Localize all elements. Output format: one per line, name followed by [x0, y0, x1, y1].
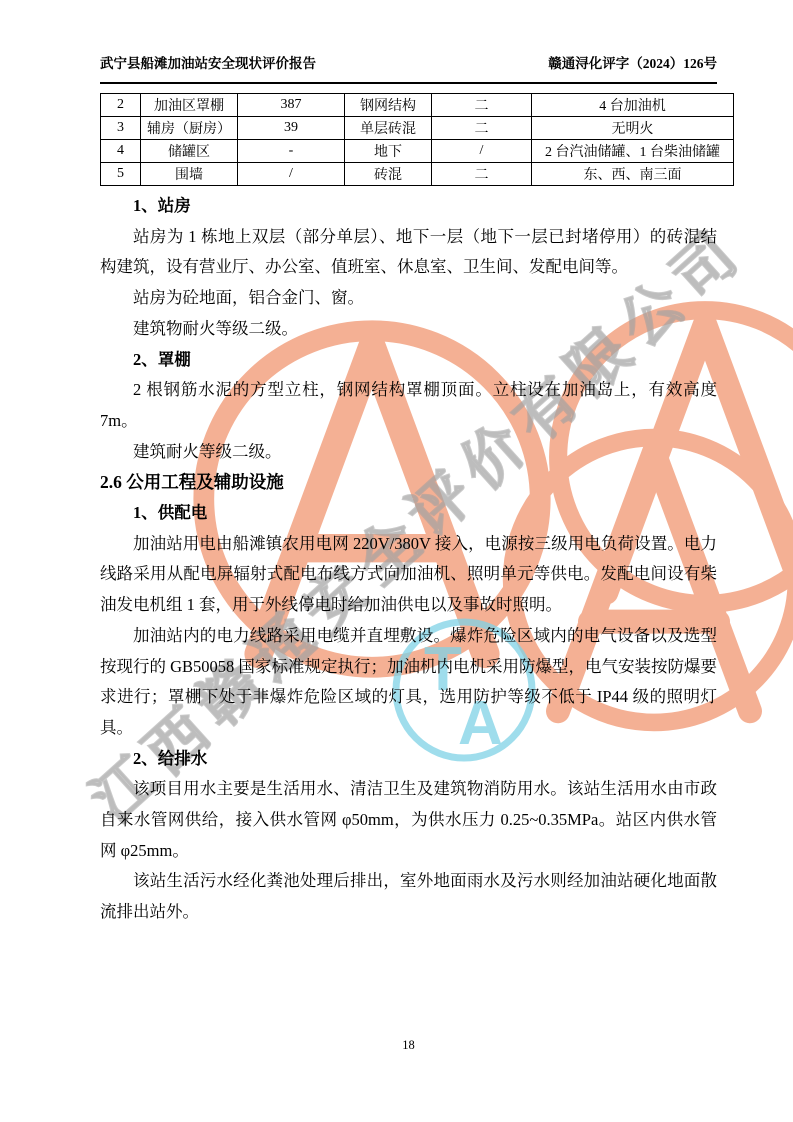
report-title: 武宁县船滩加油站安全现状评价报告 [100, 54, 316, 74]
table-cell: 5 [101, 163, 141, 186]
table-cell: 二 [432, 117, 532, 140]
building-structure-table: 2加油区罩棚387钢网结构二4 台加油机3辅房（厨房）39单层砖混二无明火4储罐… [100, 93, 734, 186]
table-cell: 单层砖混 [345, 117, 432, 140]
table-row: 3辅房（厨房）39单层砖混二无明火 [101, 117, 734, 140]
table-cell: 二 [432, 94, 532, 117]
table-cell: 辅房（厨房） [141, 117, 238, 140]
table-cell: / [238, 163, 345, 186]
table-cell: 4 [101, 140, 141, 163]
paragraph: 加油站内的电力线路采用电缆并直埋敷设。爆炸危险区域内的电气设备以及选型按现行的 … [100, 621, 717, 744]
paragraph: 建筑物耐火等级二级。 [100, 314, 717, 345]
paragraph: 站房为砼地面，铝合金门、窗。 [100, 283, 717, 314]
section-heading: 2、给排水 [100, 744, 717, 775]
page-header: 武宁县船滩加油站安全现状评价报告 赣通浔化评字（2024）126号 [100, 54, 717, 84]
table-cell: 储罐区 [141, 140, 238, 163]
table-cell: 3 [101, 117, 141, 140]
paragraph: 加油站用电由船滩镇农用电网 220V/380V 接入，电源按三级用电负荷设置。电… [100, 529, 717, 621]
paragraph: 该站生活污水经化粪池处理后排出，室外地面雨水及污水则经加油站硬化地面散流排出站外… [100, 866, 717, 927]
table-cell: 2 [101, 94, 141, 117]
paragraph: 2 根钢筋水泥的方型立柱，钢网结构罩棚顶面。立柱设在加油岛上，有效高度 7m。 [100, 375, 717, 436]
table-row: 4储罐区-地下/2 台汽油储罐、1 台柴油储罐 [101, 140, 734, 163]
table-cell: - [238, 140, 345, 163]
table-cell: 二 [432, 163, 532, 186]
page-number: 18 [100, 1038, 717, 1053]
table-cell: 钢网结构 [345, 94, 432, 117]
paragraph: 建筑耐火等级二级。 [100, 437, 717, 468]
table-cell: 砖混 [345, 163, 432, 186]
table-cell: 4 台加油机 [532, 94, 734, 117]
section-heading: 2、罩棚 [100, 345, 717, 376]
table-cell: 东、西、南三面 [532, 163, 734, 186]
table-cell: 387 [238, 94, 345, 117]
table-cell: 地下 [345, 140, 432, 163]
table-cell: 39 [238, 117, 345, 140]
table-cell: 围墙 [141, 163, 238, 186]
section-heading: 1、站房 [100, 191, 717, 222]
table-cell: 加油区罩棚 [141, 94, 238, 117]
table-row: 5围墙/砖混二东、西、南三面 [101, 163, 734, 186]
section-heading: 1、供配电 [100, 498, 717, 529]
table-row: 2加油区罩棚387钢网结构二4 台加油机 [101, 94, 734, 117]
paragraph: 该项目用水主要是生活用水、清洁卫生及建筑物消防用水。该站生活用水由市政自来水管网… [100, 774, 717, 866]
table-cell: 无明火 [532, 117, 734, 140]
paragraph: 站房为 1 栋地上双层（部分单层）、地下一层（地下一层已封堵停用）的砖混结构建筑… [100, 222, 717, 283]
report-page: 武宁县船滩加油站安全现状评价报告 赣通浔化评字（2024）126号 2加油区罩棚… [100, 54, 717, 928]
document-body: 1、站房站房为 1 栋地上双层（部分单层）、地下一层（地下一层已封堵停用）的砖混… [100, 191, 717, 928]
document-number: 赣通浔化评字（2024）126号 [548, 54, 717, 74]
table-cell: / [432, 140, 532, 163]
section-heading: 2.6 公用工程及辅助设施 [100, 467, 717, 498]
table-cell: 2 台汽油储罐、1 台柴油储罐 [532, 140, 734, 163]
building-table-body: 2加油区罩棚387钢网结构二4 台加油机3辅房（厨房）39单层砖混二无明火4储罐… [101, 94, 734, 186]
